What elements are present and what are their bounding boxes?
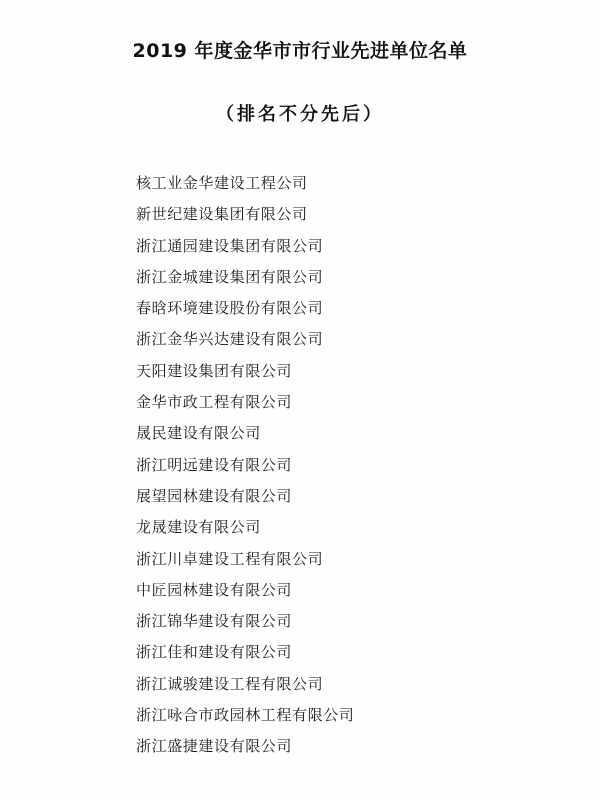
list-item: 中匠园林建设有限公司 — [136, 578, 354, 609]
list-item: 春晗环境建设股份有限公司 — [136, 296, 354, 327]
list-item: 浙江诚骏建设工程有限公司 — [136, 672, 354, 703]
document-page: 2019 年度金华市市行业先进单位名单 （排名不分先后） 核工业金华建设工程公司… — [0, 0, 600, 800]
list-item: 晟民建设有限公司 — [136, 421, 354, 452]
document-subtitle: （排名不分先后） — [0, 100, 600, 126]
list-item: 金华市政工程有限公司 — [136, 390, 354, 421]
list-item: 浙江川卓建设工程有限公司 — [136, 547, 354, 578]
list-item: 浙江金华兴达建设有限公司 — [136, 327, 354, 358]
list-item: 天阳建设集团有限公司 — [136, 359, 354, 390]
company-list: 核工业金华建设工程公司 新世纪建设集团有限公司 浙江通园建设集团有限公司 浙江金… — [136, 171, 354, 766]
list-item: 龙晟建设有限公司 — [136, 515, 354, 546]
document-title: 2019 年度金华市市行业先进单位名单 — [0, 36, 600, 63]
list-item: 浙江通园建设集团有限公司 — [136, 234, 354, 265]
list-item: 浙江盛捷建设有限公司 — [136, 734, 354, 765]
list-item: 展望园林建设有限公司 — [136, 484, 354, 515]
list-item: 浙江锦华建设有限公司 — [136, 609, 354, 640]
list-item: 新世纪建设集团有限公司 — [136, 202, 354, 233]
list-item: 核工业金华建设工程公司 — [136, 171, 354, 202]
list-item: 浙江佳和建设有限公司 — [136, 640, 354, 671]
list-item: 浙江明远建设有限公司 — [136, 453, 354, 484]
list-item: 浙江金城建设集团有限公司 — [136, 265, 354, 296]
list-item: 浙江咏合市政园林工程有限公司 — [136, 703, 354, 734]
